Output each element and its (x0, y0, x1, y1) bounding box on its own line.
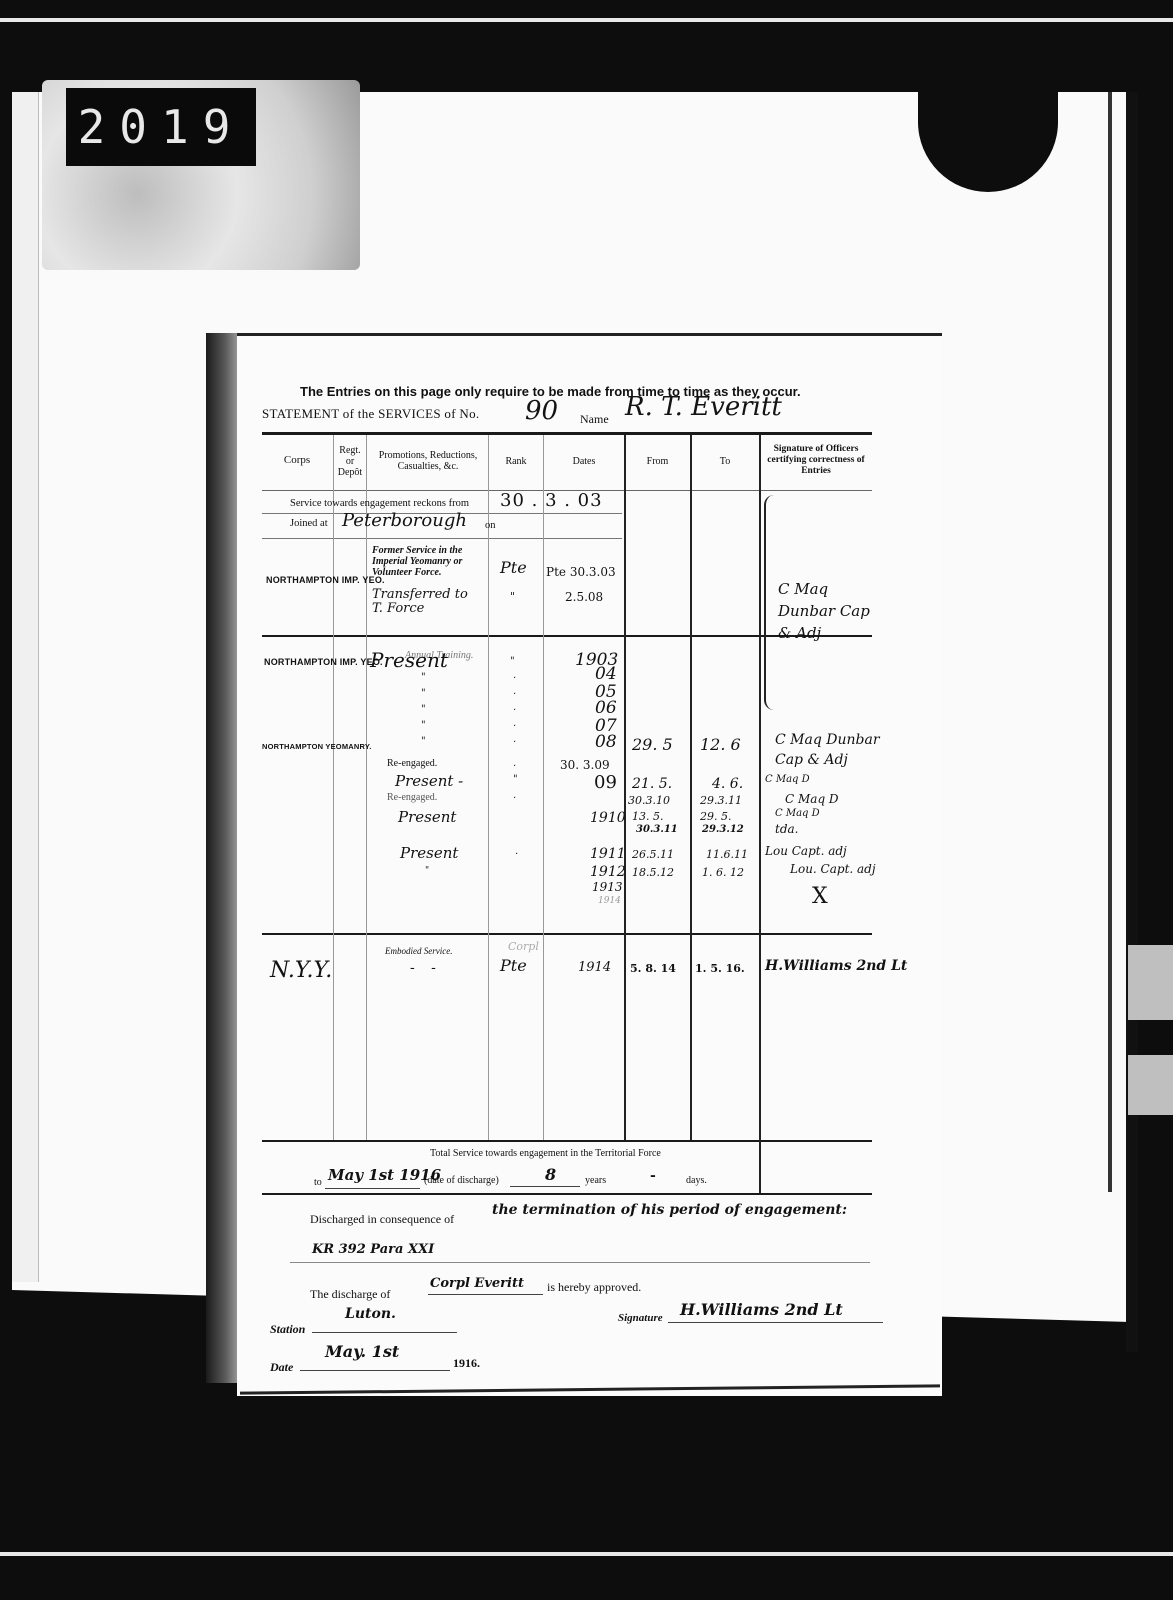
training-rank: . (515, 846, 518, 857)
service-number: 90 (525, 396, 558, 426)
col-header-dates: Dates (544, 456, 624, 467)
training-certifier: C Maq D (785, 792, 839, 806)
date-label: Date (270, 1360, 293, 1375)
training-from: 21. 5. (632, 776, 672, 792)
regulation-underline (290, 1262, 870, 1263)
side-swatch (1128, 945, 1173, 1020)
training-date: 04 (595, 664, 617, 684)
training-promotion: " (421, 704, 426, 715)
station-value: Luton. (345, 1306, 396, 1322)
embodied-from: 5. 8. 14 (630, 962, 676, 975)
training-corps-2: NORTHAMPTON YEOMANRY. (262, 742, 372, 751)
total-days-value: - (650, 1168, 656, 1184)
col-header-signature: Signature of Officers certifying correct… (762, 444, 870, 477)
page-right-fold (1108, 92, 1112, 1192)
total-top-rule (262, 1140, 872, 1142)
training-rank: . (513, 734, 516, 745)
embodied-certifier: H.Williams 2nd Lt (765, 958, 907, 974)
discharge-consequence-label: Discharged in consequence of (310, 1212, 454, 1227)
training-from: 26.5.11 (632, 848, 674, 861)
former-date-2: 2.5.08 (565, 590, 603, 604)
col-header-corps: Corps (262, 455, 332, 466)
col-header-regt: Regt. or Depôt (334, 445, 366, 478)
joined-rule (262, 538, 622, 539)
former-certifier: C Maq Dunbar Cap & Adj (778, 578, 878, 644)
training-date: 1911 (590, 846, 626, 862)
discharge-regulation: KR 392 Para XXI (312, 1242, 434, 1257)
training-from: 18.5.12 (632, 866, 674, 879)
date-year: 1916. (453, 1356, 480, 1371)
training-to: 29.3.11 (700, 794, 742, 807)
former-date-1: Pte 30.3.03 (546, 565, 616, 579)
training-from: 30.3.11 (636, 824, 678, 835)
col-line-dates (543, 435, 544, 1140)
training-to: 29. 5. (700, 810, 732, 823)
training-date: 1912 (590, 864, 626, 880)
training-certifier: C Maq D (775, 808, 820, 819)
training-promotion: Present (370, 648, 448, 672)
training-date: 09 (594, 772, 617, 793)
years-underline (510, 1186, 580, 1187)
training-to: 12. 6 (700, 735, 741, 754)
former-rank-2: " (510, 590, 515, 603)
training-from: 30.3.10 (628, 794, 670, 807)
service-reckons-value: 30 . 3 . 03 (500, 490, 603, 511)
total-years-value: 8 (545, 1165, 556, 1184)
side-swatch (1128, 1055, 1173, 1115)
approval-underline (428, 1294, 543, 1295)
page-left-strip (12, 92, 39, 1282)
col-line-from (624, 435, 626, 1140)
training-from: 29. 5 (632, 735, 673, 754)
training-rank: . (513, 718, 516, 729)
former-corps: NORTHAMPTON IMP. YEO. (266, 575, 385, 585)
training-date: 06 (595, 698, 617, 718)
embodied-promotion: - - (410, 960, 442, 976)
training-date: 1914 (598, 896, 621, 906)
training-rank: . (513, 702, 516, 713)
embodied-to: 1. 5. 16. (695, 962, 745, 975)
training-promotion: " (421, 736, 426, 747)
col-line-regt (333, 435, 334, 1140)
col-line-to (690, 435, 692, 1140)
col-line-signature (759, 435, 761, 1193)
joined-on-label: on (485, 520, 496, 531)
training-date: 08 (595, 732, 617, 752)
col-line-rank (488, 435, 489, 1140)
embodied-rank-stamp: Corpl (508, 940, 539, 953)
embodied-date: 1914 (578, 960, 611, 975)
training-promotion: Present (398, 808, 456, 826)
joined-label: Joined at (290, 518, 328, 529)
table-top-rule (262, 432, 872, 435)
training-date: 30. 3.09 (560, 758, 610, 772)
name-label: Name (580, 412, 609, 427)
scan-line-top (0, 18, 1173, 22)
to-underline (325, 1188, 420, 1189)
total-to-label: to (314, 1177, 322, 1188)
former-rank-1: Pte (500, 558, 527, 577)
training-date: 1910 (590, 810, 626, 826)
total-bottom-rule (262, 1193, 872, 1195)
training-promotion: Present - (395, 772, 463, 790)
approval-suffix: is hereby approved. (547, 1280, 641, 1295)
form-shadow (206, 333, 238, 1383)
discharge-consequence-value: the termination of his period of engagem… (492, 1202, 847, 1218)
col-header-from: From (625, 456, 690, 467)
col-header-promotions: Promotions, Reductions, Casualties, &c. (368, 450, 488, 472)
col-header-to: To (691, 456, 759, 467)
date-of-discharge-note: (date of discharge) (424, 1175, 499, 1186)
date-underline (300, 1370, 450, 1371)
training-promotion: Re-engaged. (387, 758, 437, 769)
page-right-edge (1126, 92, 1138, 1352)
training-cross-mark: X (812, 884, 828, 909)
service-reckons-label: Service towards engagement reckons from (290, 498, 469, 509)
training-promotion: " (425, 866, 429, 876)
signature-value: H.Williams 2nd Lt (680, 1300, 843, 1319)
training-from: 13. 5. (632, 810, 664, 823)
station-label: Station (270, 1322, 305, 1337)
col-header-rank: Rank (489, 456, 543, 467)
training-rank: . (513, 670, 516, 681)
training-section-rule (262, 933, 872, 935)
training-to: 4. 6. (712, 776, 743, 792)
training-promotion: " (421, 688, 426, 699)
date-value: May. 1st (325, 1342, 399, 1361)
training-rank: " (510, 656, 515, 667)
total-service-label: Total Service towards engagement in the … (430, 1148, 661, 1159)
training-certifier: Lou. Capt. adj (790, 862, 876, 876)
embodied-rank: Pte (500, 956, 527, 975)
approval-prefix: The discharge of (310, 1287, 390, 1302)
training-corps-1: NORTHAMPTON IMP. YEO. (264, 657, 383, 667)
embodied-service-label: Embodied Service. (385, 946, 452, 956)
signature-label: Signature (618, 1312, 663, 1324)
former-promotion: Transferred to T. Force (372, 588, 482, 616)
training-rank: " (513, 774, 518, 785)
soldier-name: R. T. Everitt (625, 392, 782, 422)
days-label: days. (686, 1175, 707, 1186)
embodied-corps: N.Y.Y. (270, 958, 332, 983)
training-promotion: Present (400, 844, 458, 862)
statement-label: STATEMENT of the SERVICES of No. (262, 406, 479, 422)
training-to: 1. 6. 12 (702, 866, 744, 879)
training-promotion: " (421, 672, 426, 683)
training-rank: . (513, 790, 516, 801)
station-underline (312, 1332, 457, 1333)
training-to: 11.6.11 (706, 848, 748, 861)
training-to: 29.3.12 (702, 824, 744, 835)
archive-label-number: 2019 (66, 88, 256, 166)
former-service-label: Former Service in the Imperial Yeomanry … (372, 545, 488, 578)
training-certifier: C Maq Dunbar Cap & Adj (775, 730, 885, 770)
years-label: years (585, 1175, 606, 1186)
scan-line-bottom (0, 1552, 1173, 1556)
training-promotion: " (421, 720, 426, 731)
training-date: 1913 (592, 880, 623, 894)
signature-underline (668, 1322, 883, 1323)
approval-name: Corpl Everitt (430, 1276, 524, 1291)
col-line-promotions (366, 435, 367, 1140)
training-rank: . (513, 758, 516, 769)
training-certifier: tda. (775, 822, 798, 836)
training-certifier: Lou Capt. adj (765, 844, 847, 858)
training-rank: . (513, 686, 516, 697)
training-certifier: C Maq D (765, 774, 810, 785)
joined-place: Peterborough (342, 510, 467, 531)
training-promotion: Re-engaged. (387, 792, 437, 803)
